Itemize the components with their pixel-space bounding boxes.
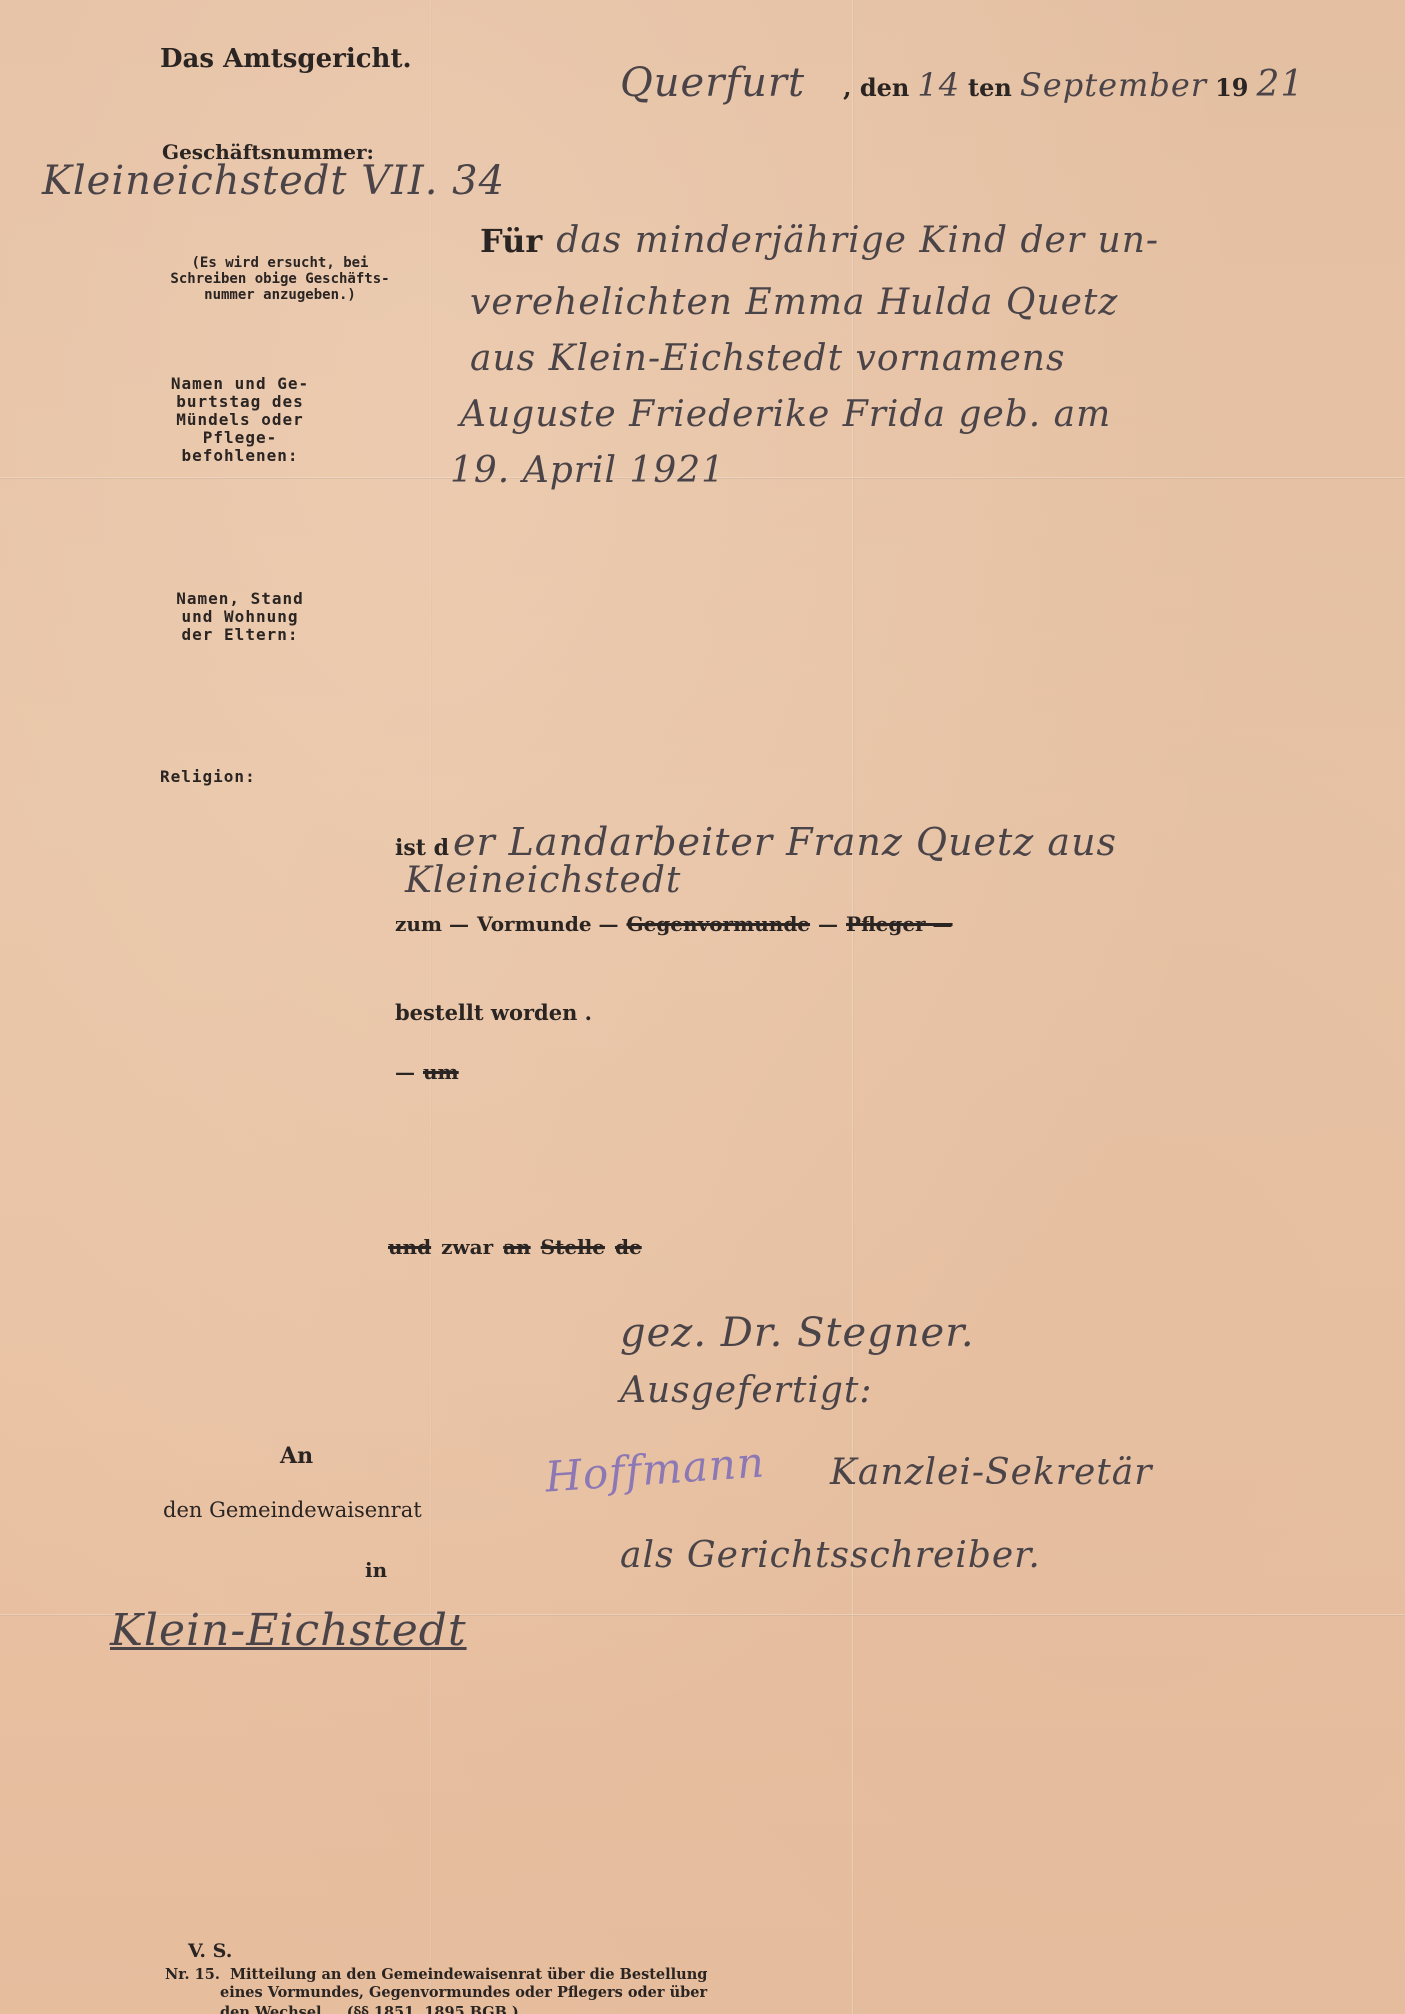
note-line: Schreiben obige Geschäfts- [150,271,410,287]
dash: — [818,912,838,936]
form-description-line2: eines Vormundes, Gegenvormundes oder Pfl… [220,1984,707,2001]
place-handwritten: Querfurt [620,60,805,106]
signature-kanzlei: Kanzlei-Sekretär [830,1452,1152,1493]
parents-label: Namen, Stand und Wohnung der Eltern: [150,590,330,644]
ist-printed: ist d [395,835,449,861]
recipient-body: den Gemeindewaisenrat [163,1498,422,1522]
recipient-in: in [365,1558,387,1582]
case-number-note: (Es wird ersucht, bei Schreiben obige Ge… [150,255,410,303]
form-description-line1: Nr. 15. Mitteilung an den Gemeindewaisen… [165,1966,707,1983]
um-line: — um [395,1060,459,1084]
vormunde-text: Vormunde — [477,912,618,936]
label-line: Namen, Stand [150,590,330,608]
de-struck: de [615,1235,642,1259]
bestellt-text: bestellt worden . [395,1000,592,1025]
und-zwar-line: und zwar an Stelle de [388,1235,642,1259]
recipient-an: An [280,1443,313,1469]
ward-label: Namen und Ge- burtstag des Mündels oder … [150,375,330,465]
zum-text: zum — [395,912,469,936]
day-handwritten: 14 [917,66,960,104]
label-line: Pflege- [150,429,330,447]
gegenvormunde-struck: Gegenvormunde [627,912,811,936]
signature-ausgefertigt: Ausgefertigt: [620,1370,872,1411]
label-line: Mündels oder [150,411,330,429]
court-heading: Das Amtsgericht. [160,44,412,74]
signature-gerichtsschreiber: als Gerichtsschreiber. [620,1535,1041,1576]
form-description-line3: den Wechsel ... (§§ 1851, 1895 BGB.) [220,2004,519,2014]
note-line: (Es wird ersucht, bei [150,255,410,271]
guardian-line: Kleineichstedt [405,860,1375,901]
dash: — [395,1060,415,1084]
year-handwritten: 21 [1256,64,1304,105]
recipient-place-handwritten: Klein-Eichstedt [110,1605,620,1656]
und-struck: und [388,1235,431,1259]
ward-line: aus Klein-Eichstedt vornamens [470,338,1380,394]
role-line: zum — Vormunde — Gegenvormunde — Pfleger… [395,912,953,936]
form-code: V. S. [188,1940,232,1962]
date-prefix: , den [843,73,909,102]
ward-line: das minderjährige Kind der un- [556,220,1159,261]
stelle-struck: Stelle [541,1235,605,1259]
ward-line: verehelichten Emma Hulda Quetz [470,282,1380,338]
label-line: Namen und Ge- [150,375,330,393]
day-suffix: ten [968,73,1012,102]
pfleger-struck: Pfleger — [846,912,953,936]
case-number-handwritten: Kleineichstedt VII. 34 [42,158,505,204]
label-line: der Eltern: [150,626,330,644]
date-line: Querfurt , den 14 ten September 19 21 [620,60,1304,106]
guardian-line: er Landarbeiter Franz Quetz aus [453,820,1117,864]
signature-gez: gez. Dr. Stegner. [620,1310,975,1356]
year-printed: 19 [1215,73,1248,102]
zwar-text: zwar [441,1235,493,1259]
guardian-entry: ist d er Landarbeiter Franz Quetz aus Kl… [395,820,1375,901]
ward-line: 19. April 1921 [450,450,1380,506]
label-line: burtstag des [150,393,330,411]
fuer-printed: Für [480,222,542,260]
um-struck: um [423,1060,459,1084]
label-line: und Wohnung [150,608,330,626]
ward-line: Auguste Friederike Frida geb. am [460,394,1380,450]
ward-entry: Für das minderjährige Kind der un- vereh… [480,220,1380,506]
an-struck: an [503,1235,531,1259]
label-line: befohlenen: [150,447,330,465]
month-handwritten: September [1020,66,1207,104]
religion-label: Religion: [160,768,256,786]
note-line: nummer anzugeben.) [150,287,410,303]
